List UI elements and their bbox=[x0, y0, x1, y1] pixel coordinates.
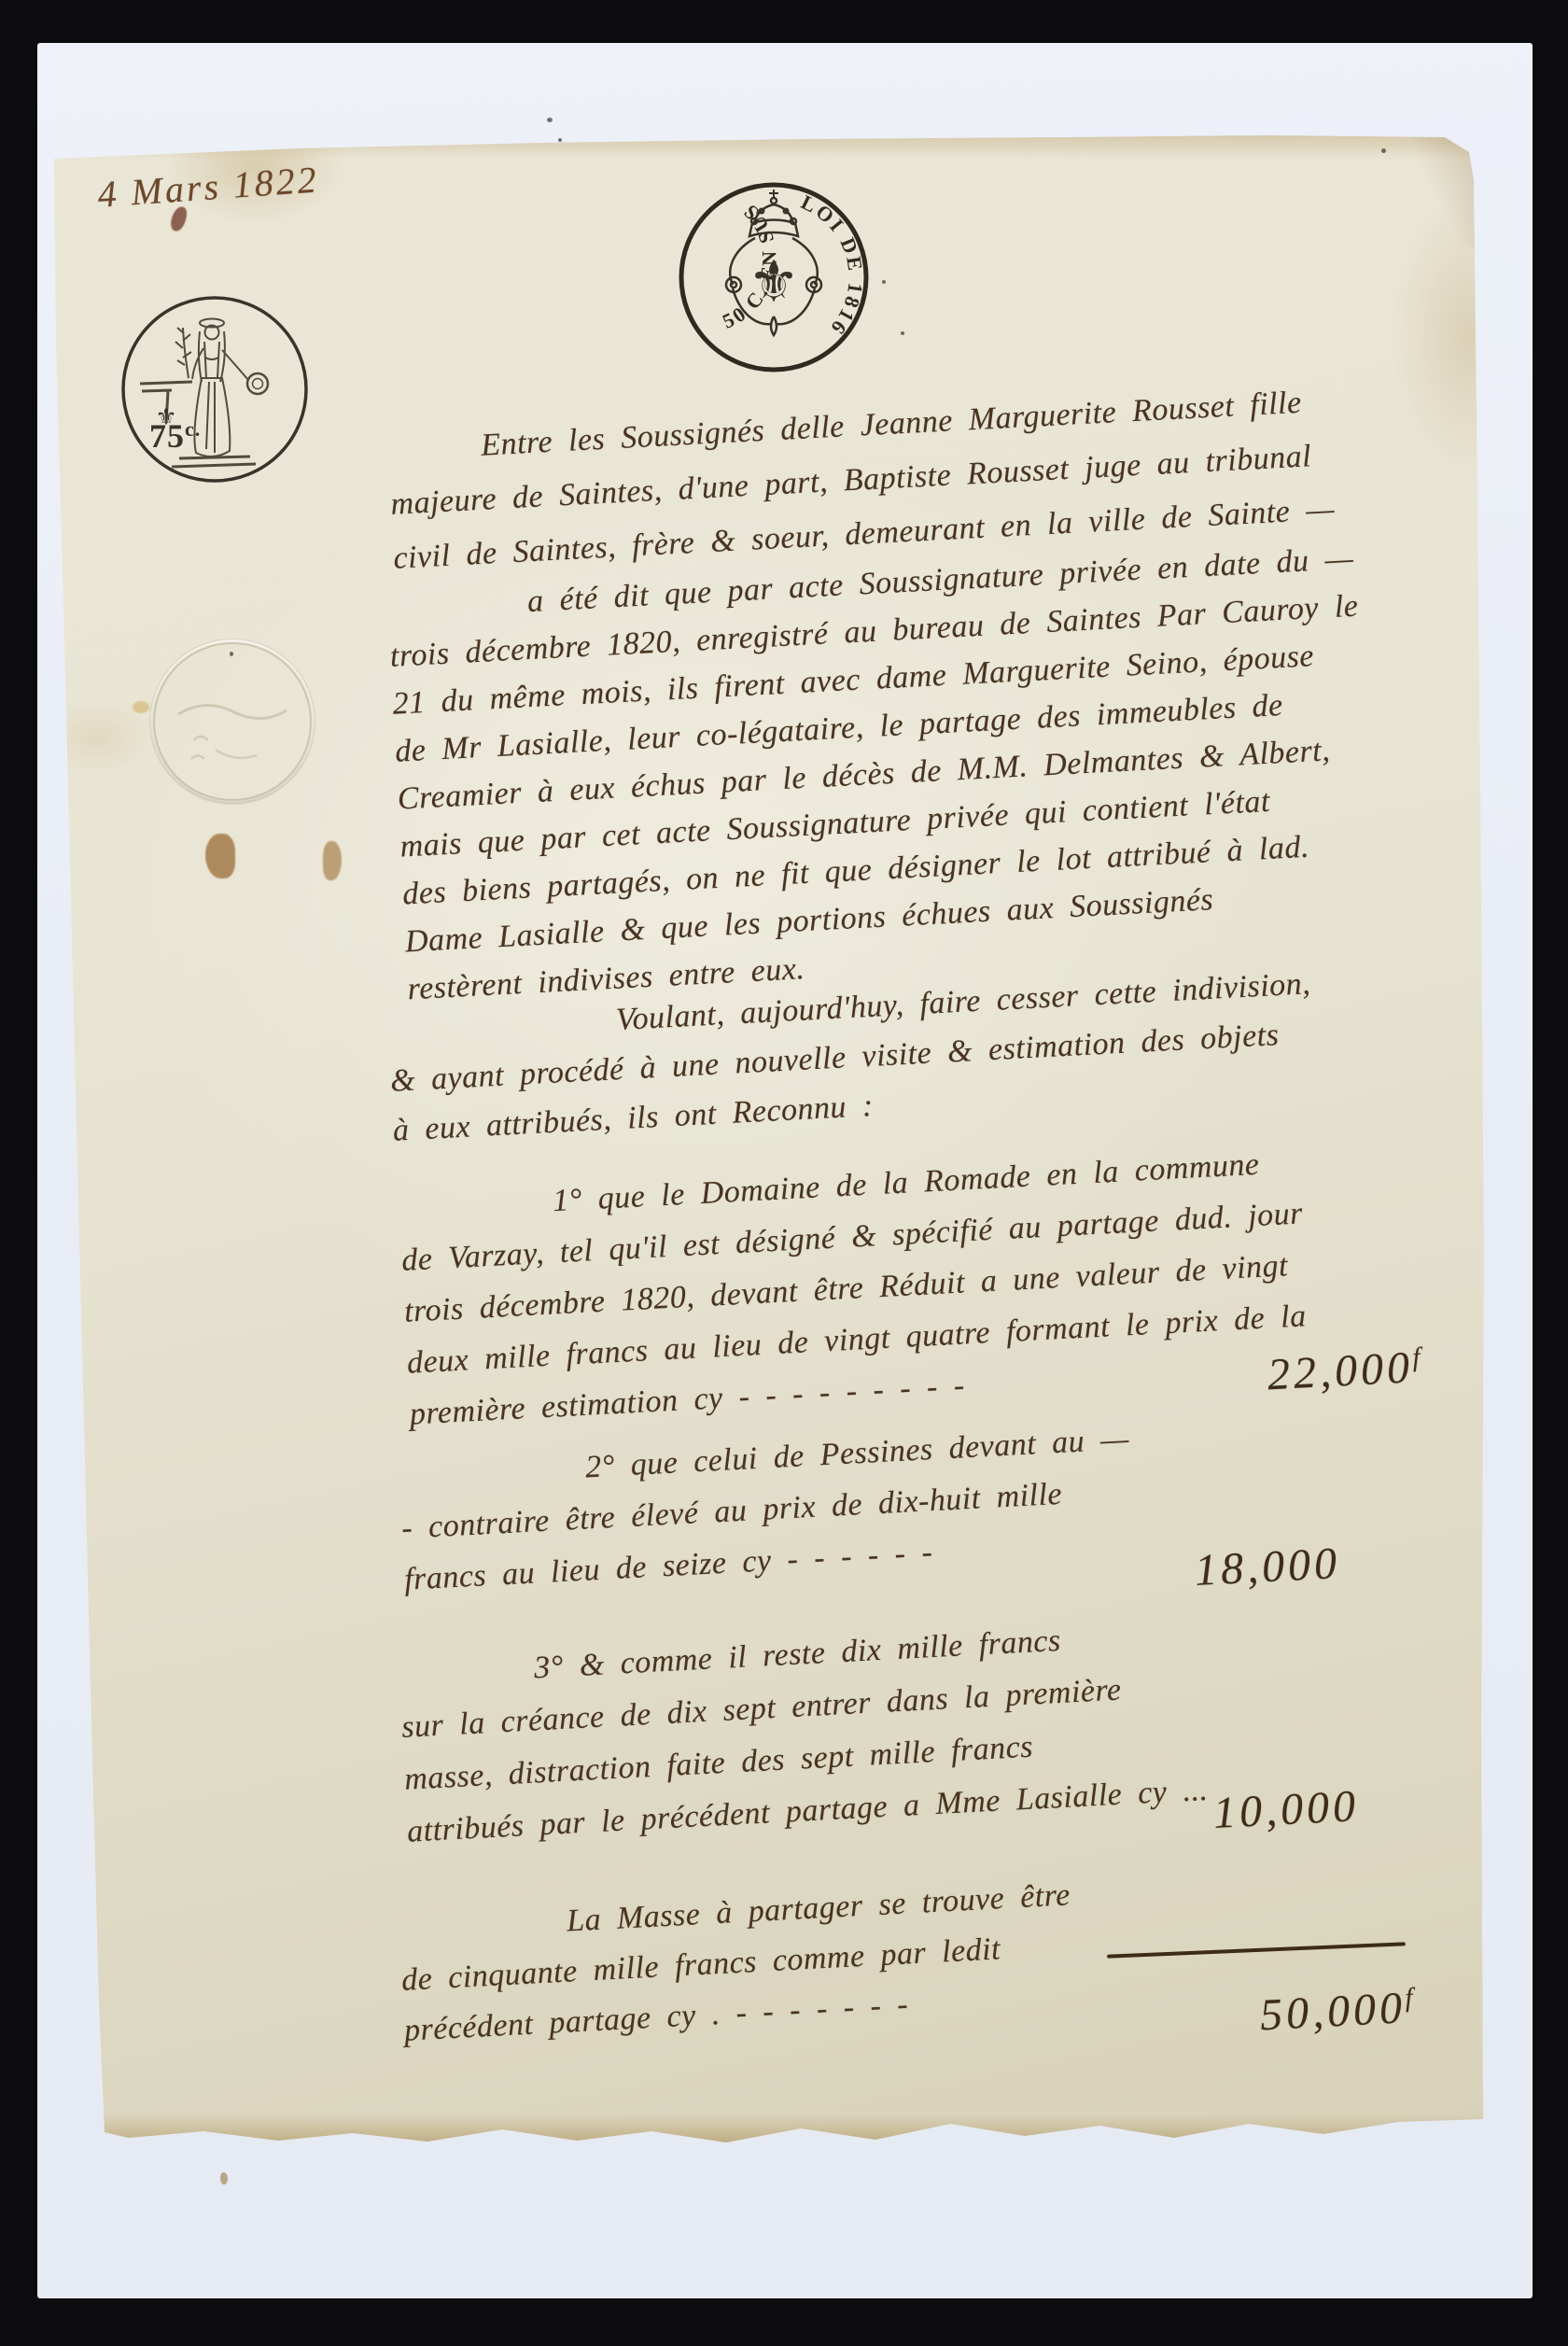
corner-fold bbox=[1411, 135, 1484, 247]
photo-background: 4 Mars 1822 50 C. EN SUS LOI DE 1816. bbox=[0, 0, 1568, 2346]
ink-speck bbox=[901, 331, 904, 335]
amount-item-1: 22,000f bbox=[1267, 1342, 1426, 1401]
ink-speck bbox=[230, 652, 233, 656]
fleur-de-lis-icon: ⚜ bbox=[748, 247, 800, 316]
annotation-date: 4 Mars 1822 bbox=[96, 157, 320, 216]
manuscript-paragraph-recital: a été dit que par acte Soussignature pri… bbox=[386, 527, 1527, 1013]
dust-speck bbox=[547, 118, 553, 122]
paper-stain bbox=[323, 841, 342, 880]
stamp-value: 75c. bbox=[149, 417, 201, 455]
paper-stain bbox=[205, 834, 235, 878]
tax-seal-1816: 50 C. EN SUS LOI DE 1816. bbox=[675, 175, 873, 378]
paper-stain bbox=[133, 701, 149, 713]
ink-speck bbox=[1381, 148, 1386, 153]
revenue-stamp-75c: ⚜ 75c. bbox=[118, 292, 314, 488]
amount-total: 50,000f bbox=[1259, 1982, 1419, 2042]
embossed-blind-seal bbox=[150, 639, 315, 804]
amount-item-3: 10,000 bbox=[1212, 1780, 1361, 1839]
dust-speck bbox=[558, 138, 562, 142]
backdrop-sheet: 4 Mars 1822 50 C. EN SUS LOI DE 1816. bbox=[37, 43, 1533, 2298]
paper-fiber-speck bbox=[220, 2172, 228, 2184]
ink-speck bbox=[882, 280, 886, 284]
document-paper: 4 Mars 1822 50 C. EN SUS LOI DE 1816. bbox=[54, 135, 1484, 2142]
amount-item-2: 18,000 bbox=[1194, 1538, 1342, 1596]
